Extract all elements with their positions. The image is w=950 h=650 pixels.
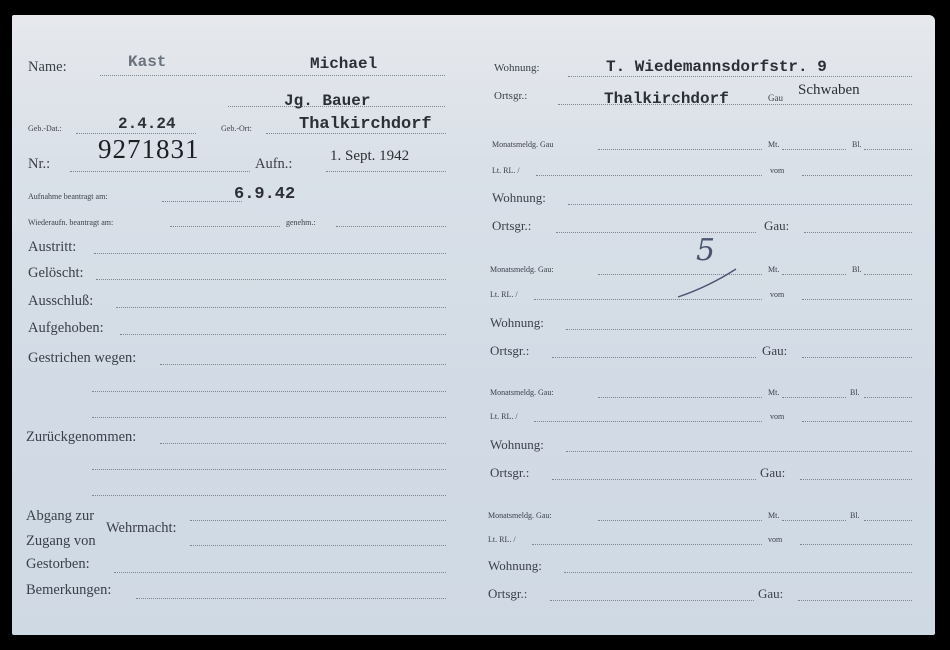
wiederaufn-label: Wiederaufn. beantragt am: <box>28 218 113 227</box>
wehrmacht-label: Wehrmacht: <box>106 520 177 537</box>
zugang-line <box>190 545 446 546</box>
monatsmeldg-label: Monatsmeldg. Gau: <box>490 388 554 397</box>
monatsmeldg-label: Monatsmeldg. Gau <box>492 140 553 149</box>
gau-label-main: Gau <box>768 93 783 103</box>
ortsgr-label: Ortsgr.: <box>490 343 529 359</box>
mt-label: Mt. <box>768 265 779 274</box>
gau-line <box>804 232 912 233</box>
monatsmeldg-label: Monatsmeldg. Gau: <box>488 511 552 520</box>
ortsgr-line <box>550 600 754 601</box>
monatsmeldg-line <box>598 149 762 150</box>
wohnung-line-main <box>568 76 912 77</box>
gestrichen-line-2 <box>92 391 446 392</box>
mt-line <box>782 397 846 398</box>
ltrl-label: Lt. RL. / <box>490 290 518 299</box>
zugang-label: Zugang von <box>26 533 96 550</box>
vom-line <box>802 299 912 300</box>
ltrl-label: Lt. RL. / <box>488 535 516 544</box>
gau-line <box>798 600 912 601</box>
birth-place-value: Thalkirchdorf <box>299 115 432 134</box>
ltrl-line <box>536 175 762 176</box>
monatsmeldg-line <box>598 397 762 398</box>
name-line <box>100 75 445 76</box>
gestorben-line <box>114 572 446 573</box>
mt-line <box>782 520 846 521</box>
aufnahme-beantragt-label: Aufnahme beantragt am: <box>28 192 108 201</box>
ortsgr-label: Ortsgr.: <box>490 465 529 481</box>
austritt-line <box>94 253 446 254</box>
vom-line <box>800 544 912 545</box>
surname-value: Kast <box>128 53 166 71</box>
bl-line <box>864 520 912 521</box>
aufgehoben-line <box>120 334 446 335</box>
bl-line <box>864 274 912 275</box>
vom-line <box>802 175 912 176</box>
membership-card: Name: Kast Michael Jg. Bauer Geb.-Dat.: … <box>12 15 935 635</box>
ausschluss-label: Ausschluß: <box>28 293 93 310</box>
gestrichen-line-3 <box>92 417 446 418</box>
ltrl-label: Lt. RL. / <box>492 166 520 175</box>
bl-label: Bl. <box>852 265 862 274</box>
wohnung-label: Wohnung: <box>490 315 544 331</box>
ltrl-line <box>532 544 762 545</box>
zurueck-line-2 <box>92 469 446 470</box>
genehm-line <box>336 226 446 227</box>
wohnung-label-main: Wohnung: <box>494 62 540 74</box>
mt-line <box>782 274 846 275</box>
gestrichen-line-1 <box>160 364 446 365</box>
gau-label: Gau: <box>764 218 789 234</box>
handwritten-stroke-icon <box>672 265 742 305</box>
ortsgr-label: Ortsgr.: <box>492 218 531 234</box>
handwritten-number: 5 <box>696 233 715 268</box>
gestrichen-label: Gestrichen wegen: <box>28 350 136 367</box>
wohnung-label: Wohnung: <box>488 558 542 574</box>
bl-label: Bl. <box>850 511 860 520</box>
gau-line <box>802 357 912 358</box>
vom-label: vom <box>770 290 784 299</box>
bemerkungen-label: Bemerkungen: <box>26 582 111 599</box>
ortsgr-label-main: Ortsgr.: <box>494 90 527 102</box>
gestorben-label: Gestorben: <box>26 556 90 573</box>
name-label: Name: <box>28 59 67 76</box>
bl-line <box>864 149 912 150</box>
vom-label: vom <box>768 535 782 544</box>
gau-label: Gau: <box>760 465 785 481</box>
nr-line <box>70 171 250 172</box>
nr-label: Nr.: <box>28 156 50 173</box>
birth-date-value: 2.4.24 <box>118 115 176 133</box>
gau-label: Gau: <box>762 343 787 359</box>
aufn-label: Aufn.: <box>255 156 292 173</box>
wohnung-line <box>566 451 912 452</box>
occupation-value: Jg. Bauer <box>284 92 370 110</box>
mt-label: Mt. <box>768 511 779 520</box>
monatsmeldg-line <box>598 520 762 521</box>
bl-label: Bl. <box>852 140 862 149</box>
abgang-label: Abgang zur <box>26 508 94 525</box>
mt-label: Mt. <box>768 388 779 397</box>
genehm-label: genehm.: <box>286 218 316 227</box>
wohnung-value: T. Wiedemannsdorfstr. 9 <box>606 58 827 76</box>
austritt-label: Austritt: <box>28 239 76 256</box>
geloescht-label: Gelöscht: <box>28 265 84 282</box>
geloescht-line <box>96 279 446 280</box>
aufnahme-beantragt-value: 6.9.42 <box>234 185 295 204</box>
ltrl-label: Lt. RL. / <box>490 412 518 421</box>
ortsgr-line <box>552 479 756 480</box>
gau-value: Schwaben <box>798 82 860 99</box>
wohnung-line <box>564 572 912 573</box>
birth-place-label: Geb.-Ort: <box>221 124 252 133</box>
monatsmeldg-label: Monatsmeldg. Gau: <box>490 265 554 274</box>
gau-label: Gau: <box>758 586 783 602</box>
ortsgr-value: Thalkirchdorf <box>604 90 729 108</box>
ausschluss-line <box>116 307 446 308</box>
wohnung-label: Wohnung: <box>490 437 544 453</box>
ortsgr-line <box>556 232 756 233</box>
vom-line <box>802 421 912 422</box>
ortsgr-line <box>552 357 756 358</box>
wohnung-line <box>568 204 912 205</box>
zurueck-label: Zurückgenommen: <box>26 429 136 446</box>
mt-line <box>782 149 846 150</box>
mt-label: Mt. <box>768 140 779 149</box>
ortsgr-label: Ortsgr.: <box>488 586 527 602</box>
given-name-value: Michael <box>310 55 377 73</box>
vom-label: vom <box>770 412 784 421</box>
zurueck-line-3 <box>92 495 446 496</box>
aufgehoben-label: Aufgehoben: <box>28 320 104 337</box>
gau-line <box>800 479 912 480</box>
bl-label: Bl. <box>850 388 860 397</box>
ltrl-line <box>534 421 762 422</box>
wohnung-line <box>566 329 912 330</box>
wohnung-label: Wohnung: <box>492 190 546 206</box>
aufnahme-beantragt-line <box>162 201 242 202</box>
bemerkungen-line <box>136 598 446 599</box>
birth-date-label: Geb.-Dat.: <box>28 124 62 133</box>
nr-value: 9271831 <box>98 134 200 165</box>
aufn-value: 1. Sept. 1942 <box>330 148 409 165</box>
abgang-line <box>190 520 446 521</box>
vom-label: vom <box>770 166 784 175</box>
zurueck-line-1 <box>160 443 446 444</box>
bl-line <box>864 397 912 398</box>
wiederaufn-line <box>170 226 280 227</box>
aufn-line <box>326 171 446 172</box>
